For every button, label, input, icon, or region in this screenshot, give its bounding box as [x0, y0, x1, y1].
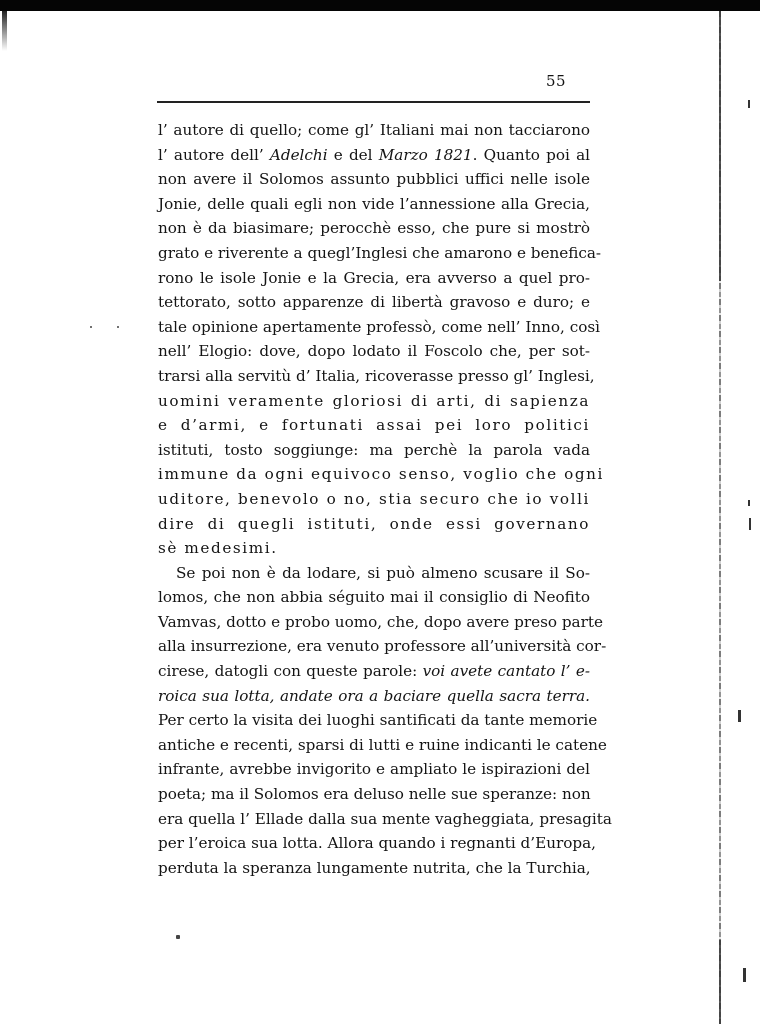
text-line: uditore, benevolo o no, stia securo che …	[158, 487, 590, 512]
text-line: immune da ogni equivoco senso, voglio ch…	[158, 462, 590, 487]
text-line: non avere il Solomos assunto pubblici uf…	[158, 167, 590, 192]
text-line: per l’eroica sua lotta. Allora quando i …	[158, 831, 590, 856]
scan-speck	[176, 935, 180, 939]
text-line: non è da biasimare; perocchè esso, che p…	[158, 216, 590, 241]
line-segment: uomini veramente gloriosi di arti, di sa…	[158, 392, 590, 410]
line-segment: sè medesimi.	[158, 539, 278, 557]
header-rule	[157, 101, 590, 103]
text-line: Vamvas, dotto e probo uomo, che, dopo av…	[158, 610, 590, 635]
scan-margin-mark	[738, 710, 741, 722]
scan-left-edge-shadow	[2, 11, 7, 51]
text-line: tale opinione apertamente professò, come…	[158, 315, 590, 340]
line-segment: tettorato, sotto apparenze di libertà gr…	[158, 293, 590, 311]
line-segment: Jonie, delle quali egli non vide l’annes…	[158, 195, 590, 213]
line-segment: Vamvas, dotto e probo uomo, che, dopo av…	[158, 613, 603, 631]
text-line: antiche e recenti, sparsi di lutti e rui…	[158, 733, 590, 758]
text-line: Se poi non è da lodare, si può almeno sc…	[158, 561, 590, 586]
line-segment: lomos, che non abbia séguito mai il cons…	[158, 588, 590, 606]
text-line: Per certo la visita dei luoghi santifica…	[158, 708, 590, 733]
text-line: tettorato, sotto apparenze di libertà gr…	[158, 290, 590, 315]
italic-title-text: voi avete cantato l’ e-	[423, 662, 590, 680]
line-segment: rono le isole Jonie e la Grecia, era avv…	[158, 269, 590, 287]
italic-title-text: Adelchi	[270, 146, 328, 164]
text-line: nell’ Elogio: dove, dopo lodato il Fosco…	[158, 339, 590, 364]
line-segment: antiche e recenti, sparsi di lutti e rui…	[158, 736, 607, 754]
text-line: era quella l’ Ellade dalla sua mente vag…	[158, 807, 590, 832]
text-line: trarsi alla servitù d’ Italia, ricoveras…	[158, 364, 590, 389]
italic-title-text: Marzo 1821	[379, 146, 473, 164]
line-segment: cirese, datogli con queste parole:	[158, 662, 423, 680]
page-number: 55	[546, 72, 566, 90]
line-segment: e d’armi, e fortunati assai pei loro pol…	[158, 416, 590, 434]
text-line: istituti, tosto soggiunge: ma perchè la …	[158, 438, 590, 463]
line-segment: non avere il Solomos assunto pubblici uf…	[158, 170, 590, 188]
line-segment: infrante, avrebbe invigorito e ampliato …	[158, 760, 590, 778]
line-segment: Per certo la visita dei luoghi santifica…	[158, 711, 597, 729]
scan-margin-mark	[748, 500, 750, 506]
text-line: cirese, datogli con queste parole: voi a…	[158, 659, 590, 684]
line-segment: per l’eroica sua lotta. Allora quando i …	[158, 834, 596, 852]
text-line: Jonie, delle quali egli non vide l’annes…	[158, 192, 590, 217]
line-segment: non è da biasimare; perocchè esso, che p…	[158, 219, 590, 237]
line-segment: trarsi alla servitù d’ Italia, ricoveras…	[158, 367, 595, 385]
italic-title-text: roica sua lotta, andate ora a baciare qu…	[158, 687, 590, 705]
text-line: dire di quegli istituti, onde essi gover…	[158, 512, 590, 537]
text-line: l’ autore dell’ Adelchi e del Marzo 1821…	[158, 143, 590, 168]
scan-margin-mark	[743, 968, 746, 982]
line-segment: dire di quegli istituti, onde essi gover…	[158, 515, 590, 533]
line-segment: perduta la speranza lungamente nutrita, …	[158, 859, 591, 877]
text-line: infrante, avrebbe invigorito e ampliato …	[158, 757, 590, 782]
line-segment: e del	[328, 146, 379, 164]
text-line: alla insurrezione, era venuto professore…	[158, 634, 590, 659]
scan-margin-mark	[748, 100, 750, 108]
line-segment: . Quanto poi al	[473, 146, 590, 164]
text-line: grato e riverente a quegl’Inglesi che am…	[158, 241, 590, 266]
scan-gutter-line-bottom	[719, 940, 721, 1024]
text-line: rono le isole Jonie e la Grecia, era avv…	[158, 266, 590, 291]
text-line: sè medesimi.	[158, 536, 590, 561]
text-line: uomini veramente gloriosi di arti, di sa…	[158, 389, 590, 414]
text-line: roica sua lotta, andate ora a baciare qu…	[158, 684, 590, 709]
text-line: lomos, che non abbia séguito mai il cons…	[158, 585, 590, 610]
line-segment: uditore, benevolo o no, stia securo che …	[158, 490, 590, 508]
line-segment: era quella l’ Ellade dalla sua mente vag…	[158, 810, 612, 828]
line-segment: ma perchè la parola vada	[370, 441, 591, 459]
line-segment: tale opinione apertamente professò, come…	[158, 318, 600, 336]
text-line: e d’armi, e fortunati assai pei loro pol…	[158, 413, 590, 438]
line-segment: nell’ Elogio: dove, dopo lodato il Fosco…	[158, 342, 590, 360]
line-segment: istituti, tosto soggiunge:	[158, 441, 370, 459]
line-segment: grato e riverente a quegl’Inglesi che am…	[158, 244, 601, 262]
line-segment: l’ autore di quello; come gl’ Italiani m…	[158, 121, 590, 139]
line-segment: Se poi non è da lodare, si può almeno sc…	[176, 564, 590, 582]
scan-speck	[90, 326, 92, 328]
text-line: poeta; ma il Solomos era deluso nelle su…	[158, 782, 590, 807]
scan-gutter-line-top	[719, 11, 721, 281]
line-segment: l’ autore dell’	[158, 146, 270, 164]
line-segment: alla insurrezione, era venuto professore…	[158, 637, 606, 655]
line-segment: immune da ogni equivoco senso, voglio ch…	[158, 465, 604, 483]
scan-speck	[117, 326, 119, 328]
text-line: perduta la speranza lungamente nutrita, …	[158, 856, 590, 881]
text-line: l’ autore di quello; come gl’ Italiani m…	[158, 118, 590, 143]
line-segment: poeta; ma il Solomos era deluso nelle su…	[158, 785, 591, 803]
page-body-text: l’ autore di quello; come gl’ Italiani m…	[158, 118, 590, 880]
scan-top-border	[0, 0, 760, 11]
scan-margin-mark	[749, 518, 751, 530]
